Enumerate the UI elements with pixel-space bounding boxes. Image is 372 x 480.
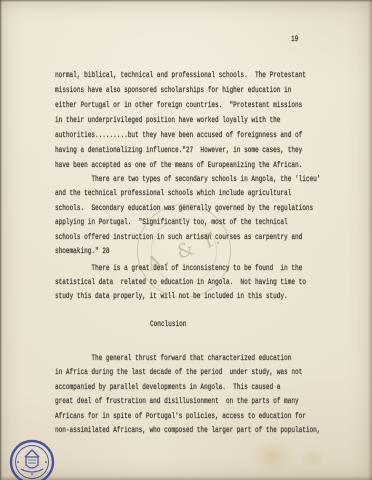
- paragraph-3: There is a great deal of inconsistency t…: [55, 262, 306, 304]
- paper-stain: [249, 440, 297, 472]
- paper-stain-small: [300, 449, 326, 467]
- scan-edge-bottom: [0, 476, 372, 480]
- scanned-document-page: 19 normal, biblical, technical and profe…: [0, 0, 372, 480]
- paragraph-4: The general thrust forward that characte…: [55, 352, 320, 438]
- library-stamp-icon: [7, 437, 57, 480]
- scan-edge-left: [0, 0, 2, 480]
- section-heading: Conclusion: [150, 319, 186, 331]
- scan-edge-top: [0, 0, 372, 2]
- paragraph-2: There are two types of secondary schools…: [55, 173, 320, 259]
- paragraph-1: normal, biblical, technical and professi…: [55, 68, 306, 173]
- scan-edge-right: [368, 0, 372, 480]
- page-number: 19: [291, 35, 298, 45]
